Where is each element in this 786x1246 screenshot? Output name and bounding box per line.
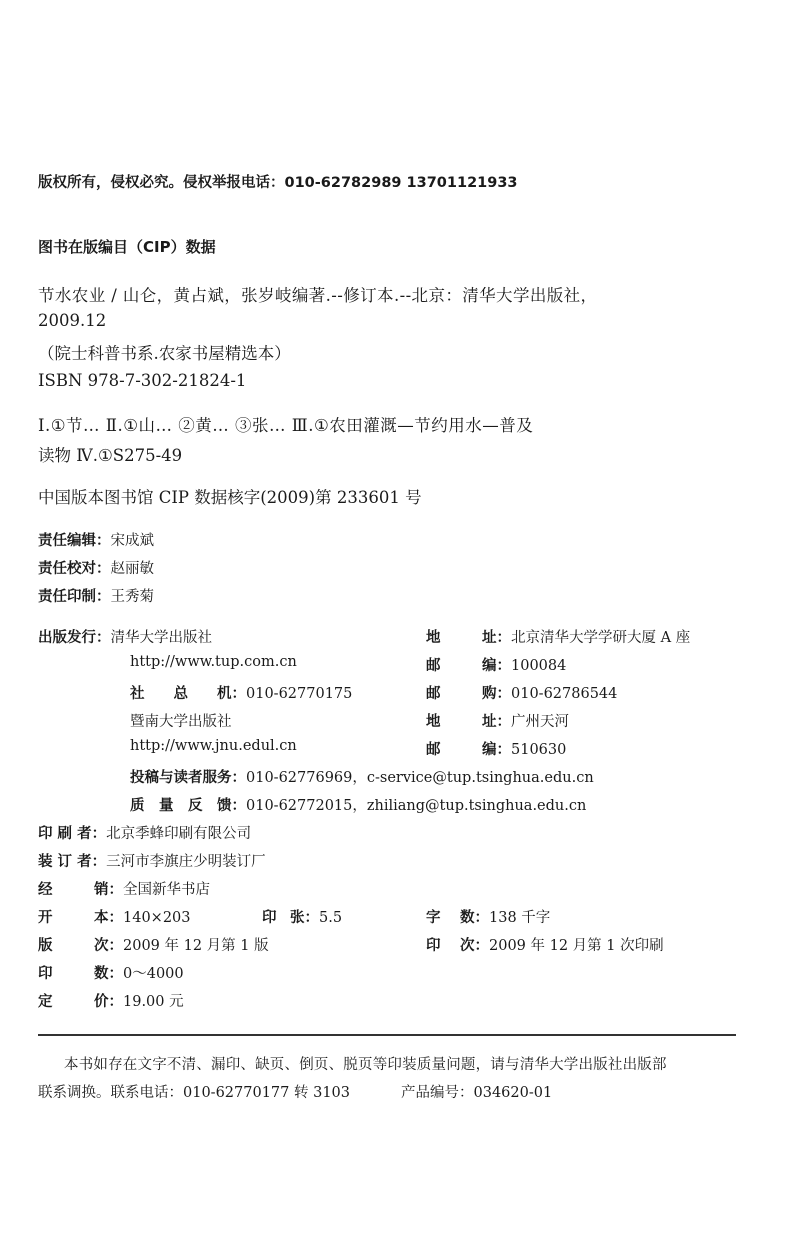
quality-feedback-row: 质 量 反 馈：010-62772015，zhiliang@tup.tsingh… [130,794,586,815]
switchboard-label: 社 总 机： [130,686,246,702]
postcode-label-a: 邮 [426,654,482,675]
switchboard-row: 社 总 机：010-62770175 [130,682,352,703]
printing-label-b: 次： [460,938,489,954]
print-run-label-a: 印 [38,962,94,983]
binder-label: 装 订 者： [38,854,106,870]
proofreader-label: 责任校对： [38,561,111,577]
distributor-label-a: 经 [38,878,94,899]
printing-label-a: 印 [426,934,460,955]
address-label-b: 址： [482,714,511,730]
cip-subjects-line1: Ⅰ.①节… Ⅱ.①山… ②黄… ③张… Ⅲ.①农田灌溉—节约用水—普及 [38,412,533,436]
sheets-value: 5.5 [319,910,342,926]
edition-row: 版次：2009 年 12 月第 1 版 [38,934,269,955]
distributor-value: 全国新华书店 [123,882,210,898]
price-value: 19.00 元 [123,994,184,1010]
print-supervisor-row: 责任印制：王秀菊 [38,585,154,606]
format-label-b: 本： [94,910,123,926]
proofreader-value: 赵丽敏 [111,561,155,577]
postcode-row-2: 邮编：510630 [426,738,566,759]
format-label-a: 开 [38,906,94,927]
price-label-a: 定 [38,990,94,1011]
cip-entry-line2: 2009.12 [38,311,106,330]
editor-row: 责任编辑：宋成斌 [38,529,154,550]
footer-notice-line1: 本书如存在文字不清、漏印、缺页、倒页、脱页等印装质量问题，请与清华大学出版社出版… [64,1053,667,1074]
printing-row: 印次：2009 年 12 月第 1 次印刷 [426,934,664,955]
postcode-label-a: 邮 [426,738,482,759]
print-supervisor-label: 责任印制： [38,589,111,605]
sheets-row: 印张：5.5 [262,906,342,927]
copyright-notice: 版权所有，侵权必究。侵权举报电话：010-62782989 1370112193… [38,171,518,192]
printer-label: 印 刷 者： [38,826,106,842]
mail-order-row: 邮购：010-62786544 [426,682,617,703]
submission-value: 010-62776969，c-service@tup.tsinghua.edu.… [246,770,594,786]
cip-isbn: ISBN 978-7-302-21824-1 [38,371,246,390]
word-count-row: 字数：138 千字 [426,906,550,927]
address-value: 广州天河 [511,714,569,730]
binder-value: 三河市李旗庄少明装订厂 [106,854,266,870]
cip-number: 中国版本图书馆 CIP 数据核字(2009)第 233601 号 [38,484,422,508]
word-count-value: 138 千字 [489,910,550,926]
submission-label: 投稿与读者服务： [130,770,246,786]
address-row-2: 地址：广州天河 [426,710,569,731]
postcode-label-b: 编： [482,658,511,674]
word-count-label-a: 字 [426,906,460,927]
publisher-url-2[interactable]: http://www.jnu.edul.cn [130,738,297,754]
cip-series: （院士科普书系.农家书屋精选本） [38,340,291,364]
publisher-name-1: 清华大学出版社 [111,630,213,646]
print-run-value: 0～4000 [123,966,184,982]
address-label-a: 地 [426,626,482,647]
editor-label: 责任编辑： [38,533,111,549]
distributor-label-b: 销： [94,882,123,898]
switchboard-value: 010-62770175 [246,686,352,702]
publisher-url-1[interactable]: http://www.tup.com.cn [130,654,297,670]
printer-value: 北京季蜂印刷有限公司 [106,826,251,842]
print-run-label-b: 数： [94,966,123,982]
address-row-1: 地址：北京清华大学学研大厦 A 座 [426,626,690,647]
sheets-label-b: 张： [290,910,319,926]
divider-rule [38,1034,736,1036]
edition-value: 2009 年 12 月第 1 版 [123,938,269,954]
sheets-label-a: 印 [262,906,290,927]
product-code: 产品编号：034620-01 [401,1081,552,1102]
binder-row: 装 订 者：三河市李旗庄少明装订厂 [38,850,266,871]
cip-entry-line1: 节水农业 / 山仑，黄占斌，张岁岐编著.--修订本.--北京：清华大学出版社， [38,282,597,306]
submission-row: 投稿与读者服务：010-62776969，c-service@tup.tsing… [130,766,594,787]
print-supervisor-value: 王秀菊 [111,589,155,605]
mail-order-value: 010-62786544 [511,686,617,702]
printer-row: 印 刷 者：北京季蜂印刷有限公司 [38,822,251,843]
quality-feedback-label: 质 量 反 馈： [130,798,246,814]
word-count-label-b: 数： [460,910,489,926]
proofreader-row: 责任校对：赵丽敏 [38,557,154,578]
address-label-a: 地 [426,710,482,731]
postcode-row-1: 邮编：100084 [426,654,566,675]
edition-label-b: 次： [94,938,123,954]
publisher-name-2: 暨南大学出版社 [130,710,232,731]
edition-label-a: 版 [38,934,94,955]
publisher-label: 出版发行： [38,630,111,646]
format-row: 开本：140×203 [38,906,191,927]
mail-order-label-a: 邮 [426,682,482,703]
postcode-value: 510630 [511,742,566,758]
price-label-b: 价： [94,994,123,1010]
format-value: 140×203 [123,910,191,926]
postcode-value: 100084 [511,658,566,674]
editor-value: 宋成斌 [111,533,155,549]
cip-heading: 图书在版编目（CIP）数据 [38,236,216,257]
mail-order-label-b: 购： [482,686,511,702]
cip-subjects-line2: 读物 Ⅳ.①S275-49 [38,442,182,466]
quality-feedback-value: 010-62772015，zhiliang@tup.tsinghua.edu.c… [246,798,586,814]
print-run-row: 印数：0～4000 [38,962,184,983]
price-row: 定价：19.00 元 [38,990,184,1011]
footer-notice-line2: 联系调换。联系电话：010-62770177 转 3103 [38,1081,350,1102]
postcode-label-b: 编： [482,742,511,758]
address-value: 北京清华大学学研大厦 A 座 [511,630,690,646]
printing-value: 2009 年 12 月第 1 次印刷 [489,938,664,954]
address-label-b: 址： [482,630,511,646]
publisher-row: 出版发行：清华大学出版社 [38,626,212,647]
distributor-row: 经销：全国新华书店 [38,878,210,899]
